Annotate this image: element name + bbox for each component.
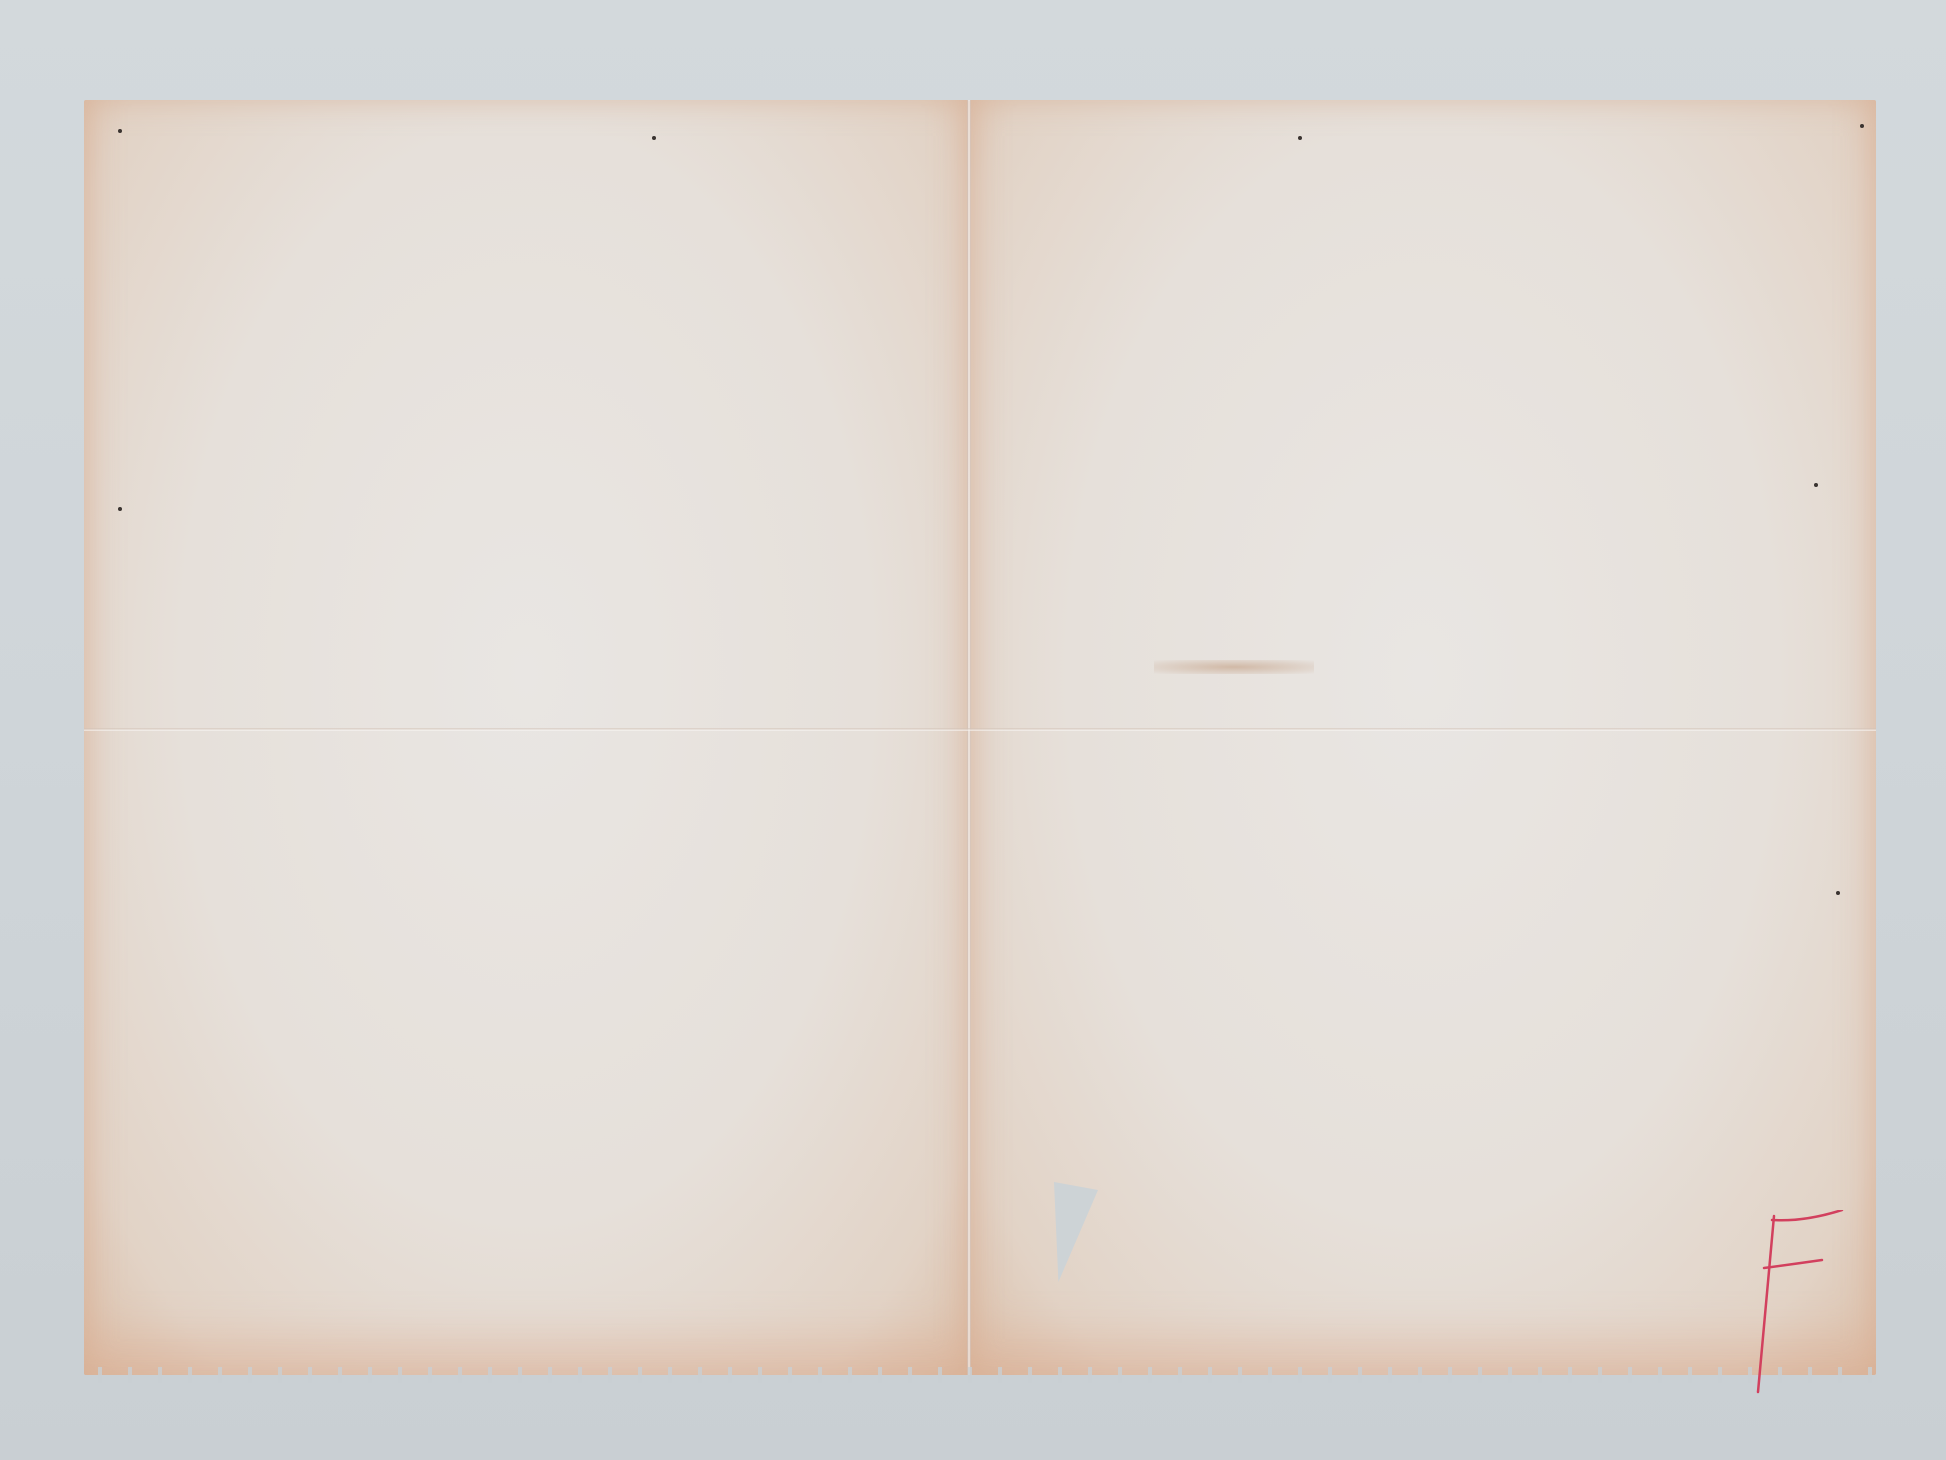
letter-f-icon — [1754, 1210, 1844, 1400]
paper-sheet: F — [84, 100, 1876, 1375]
frayed-bottom-edge — [84, 1367, 1876, 1383]
pin-hole — [118, 507, 122, 511]
pin-hole — [118, 129, 122, 133]
right-page — [969, 100, 1876, 1375]
pin-hole — [1814, 483, 1818, 487]
pin-hole — [1860, 124, 1864, 128]
horizontal-fold-crease — [84, 728, 1876, 731]
vertical-fold-crease — [967, 100, 971, 1375]
handwritten-letter-mark: F — [1754, 1210, 1844, 1400]
pin-hole — [652, 136, 656, 140]
pin-hole — [1298, 136, 1302, 140]
water-stain — [1154, 660, 1314, 674]
left-page — [84, 100, 969, 1375]
pin-hole — [1836, 891, 1840, 895]
